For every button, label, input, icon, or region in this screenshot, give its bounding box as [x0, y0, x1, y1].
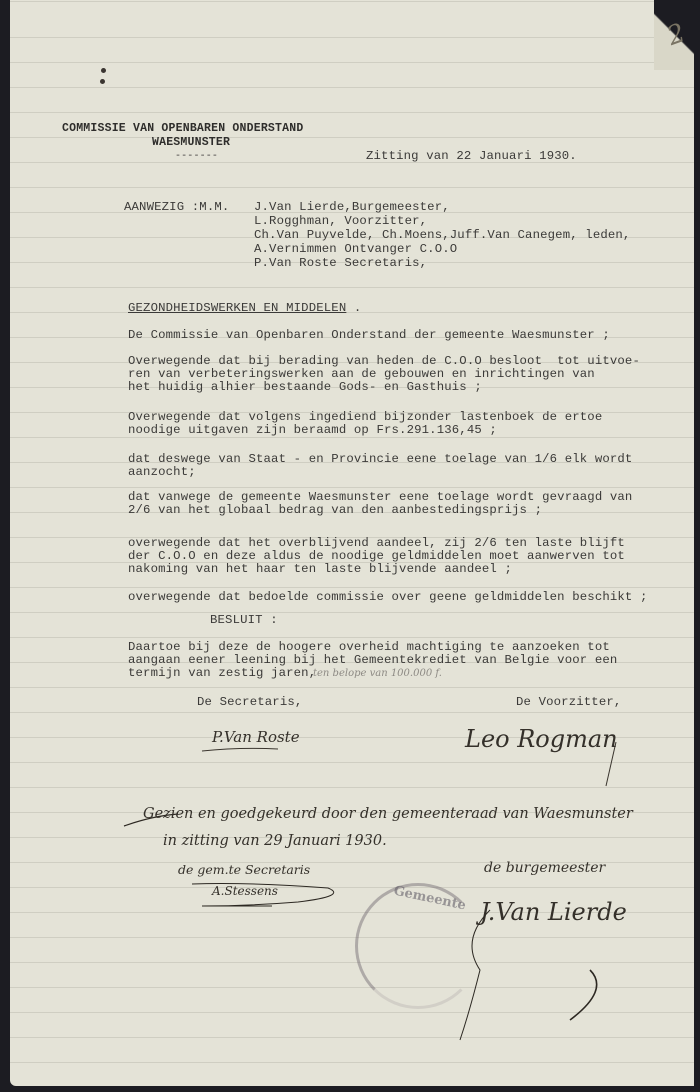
attendee-line: A.Vernimmen Ontvanger C.O.O — [254, 243, 457, 256]
organization-title: COMMISSIE VAN OPENBAREN ONDERSTAND — [62, 122, 303, 135]
approval-secretary-flourish — [188, 878, 348, 914]
paragraph: dat deswege van Staat - en Provincie een… — [128, 453, 632, 479]
attendance-label: AANWEZIG :M.M. — [124, 201, 229, 214]
secretary-signature: P.Van Roste — [212, 728, 300, 746]
paragraph: overwegende dat bedoelde commissie over … — [128, 591, 648, 604]
approval-line-1: Gezien en goedgekeurd door den gemeenter… — [143, 806, 633, 822]
secretary-label: De Secretaris, — [197, 696, 302, 709]
paragraph: overwegende dat het overblijvend aandeel… — [128, 537, 625, 576]
approval-mayor-label: de burgemeester — [484, 860, 605, 876]
signature-underline — [200, 746, 280, 754]
signature-flourish — [600, 740, 620, 790]
attendee-line: L.Rogghman, Voorzitter, — [254, 215, 427, 228]
paragraph: Overwegende dat bij berading van heden d… — [128, 355, 640, 394]
chairman-label: De Voorzitter, — [516, 696, 621, 709]
approval-line-2: in zitting van 29 Januari 1930. — [163, 833, 387, 849]
approval-secretary-label: de gem.te Secretaris — [178, 862, 310, 877]
attendee-line: J.Van Lierde,Burgemeester, — [254, 201, 450, 214]
organization-subtitle: WAESMUNSTER — [152, 136, 230, 149]
paragraph: Overwegende dat volgens ingediend bijzon… — [128, 411, 602, 437]
pencil-annotation: ten belope van 100.000 f. — [313, 668, 442, 679]
attendee-line: P.Van Roste Secretaris, — [254, 257, 427, 270]
paragraph: De Commissie van Openbaren Onderstand de… — [128, 329, 610, 342]
attendee-line: Ch.Van Puyvelde, Ch.Moens,Juff.Van Caneg… — [254, 229, 630, 242]
chairman-signature: Leo Rogman — [465, 725, 618, 753]
header-divider: ------- — [175, 150, 218, 163]
punch-hole — [101, 68, 106, 73]
section-heading: GEZONDHEIDSWERKEN EN MIDDELEN . — [128, 302, 361, 315]
decision-heading: BESLUIT : — [210, 614, 278, 627]
session-date: Zitting van 22 Januari 1930. — [366, 150, 577, 163]
punch-hole — [100, 79, 105, 84]
paragraph: dat vanwege de gemeente Waesmunster eene… — [128, 491, 632, 517]
